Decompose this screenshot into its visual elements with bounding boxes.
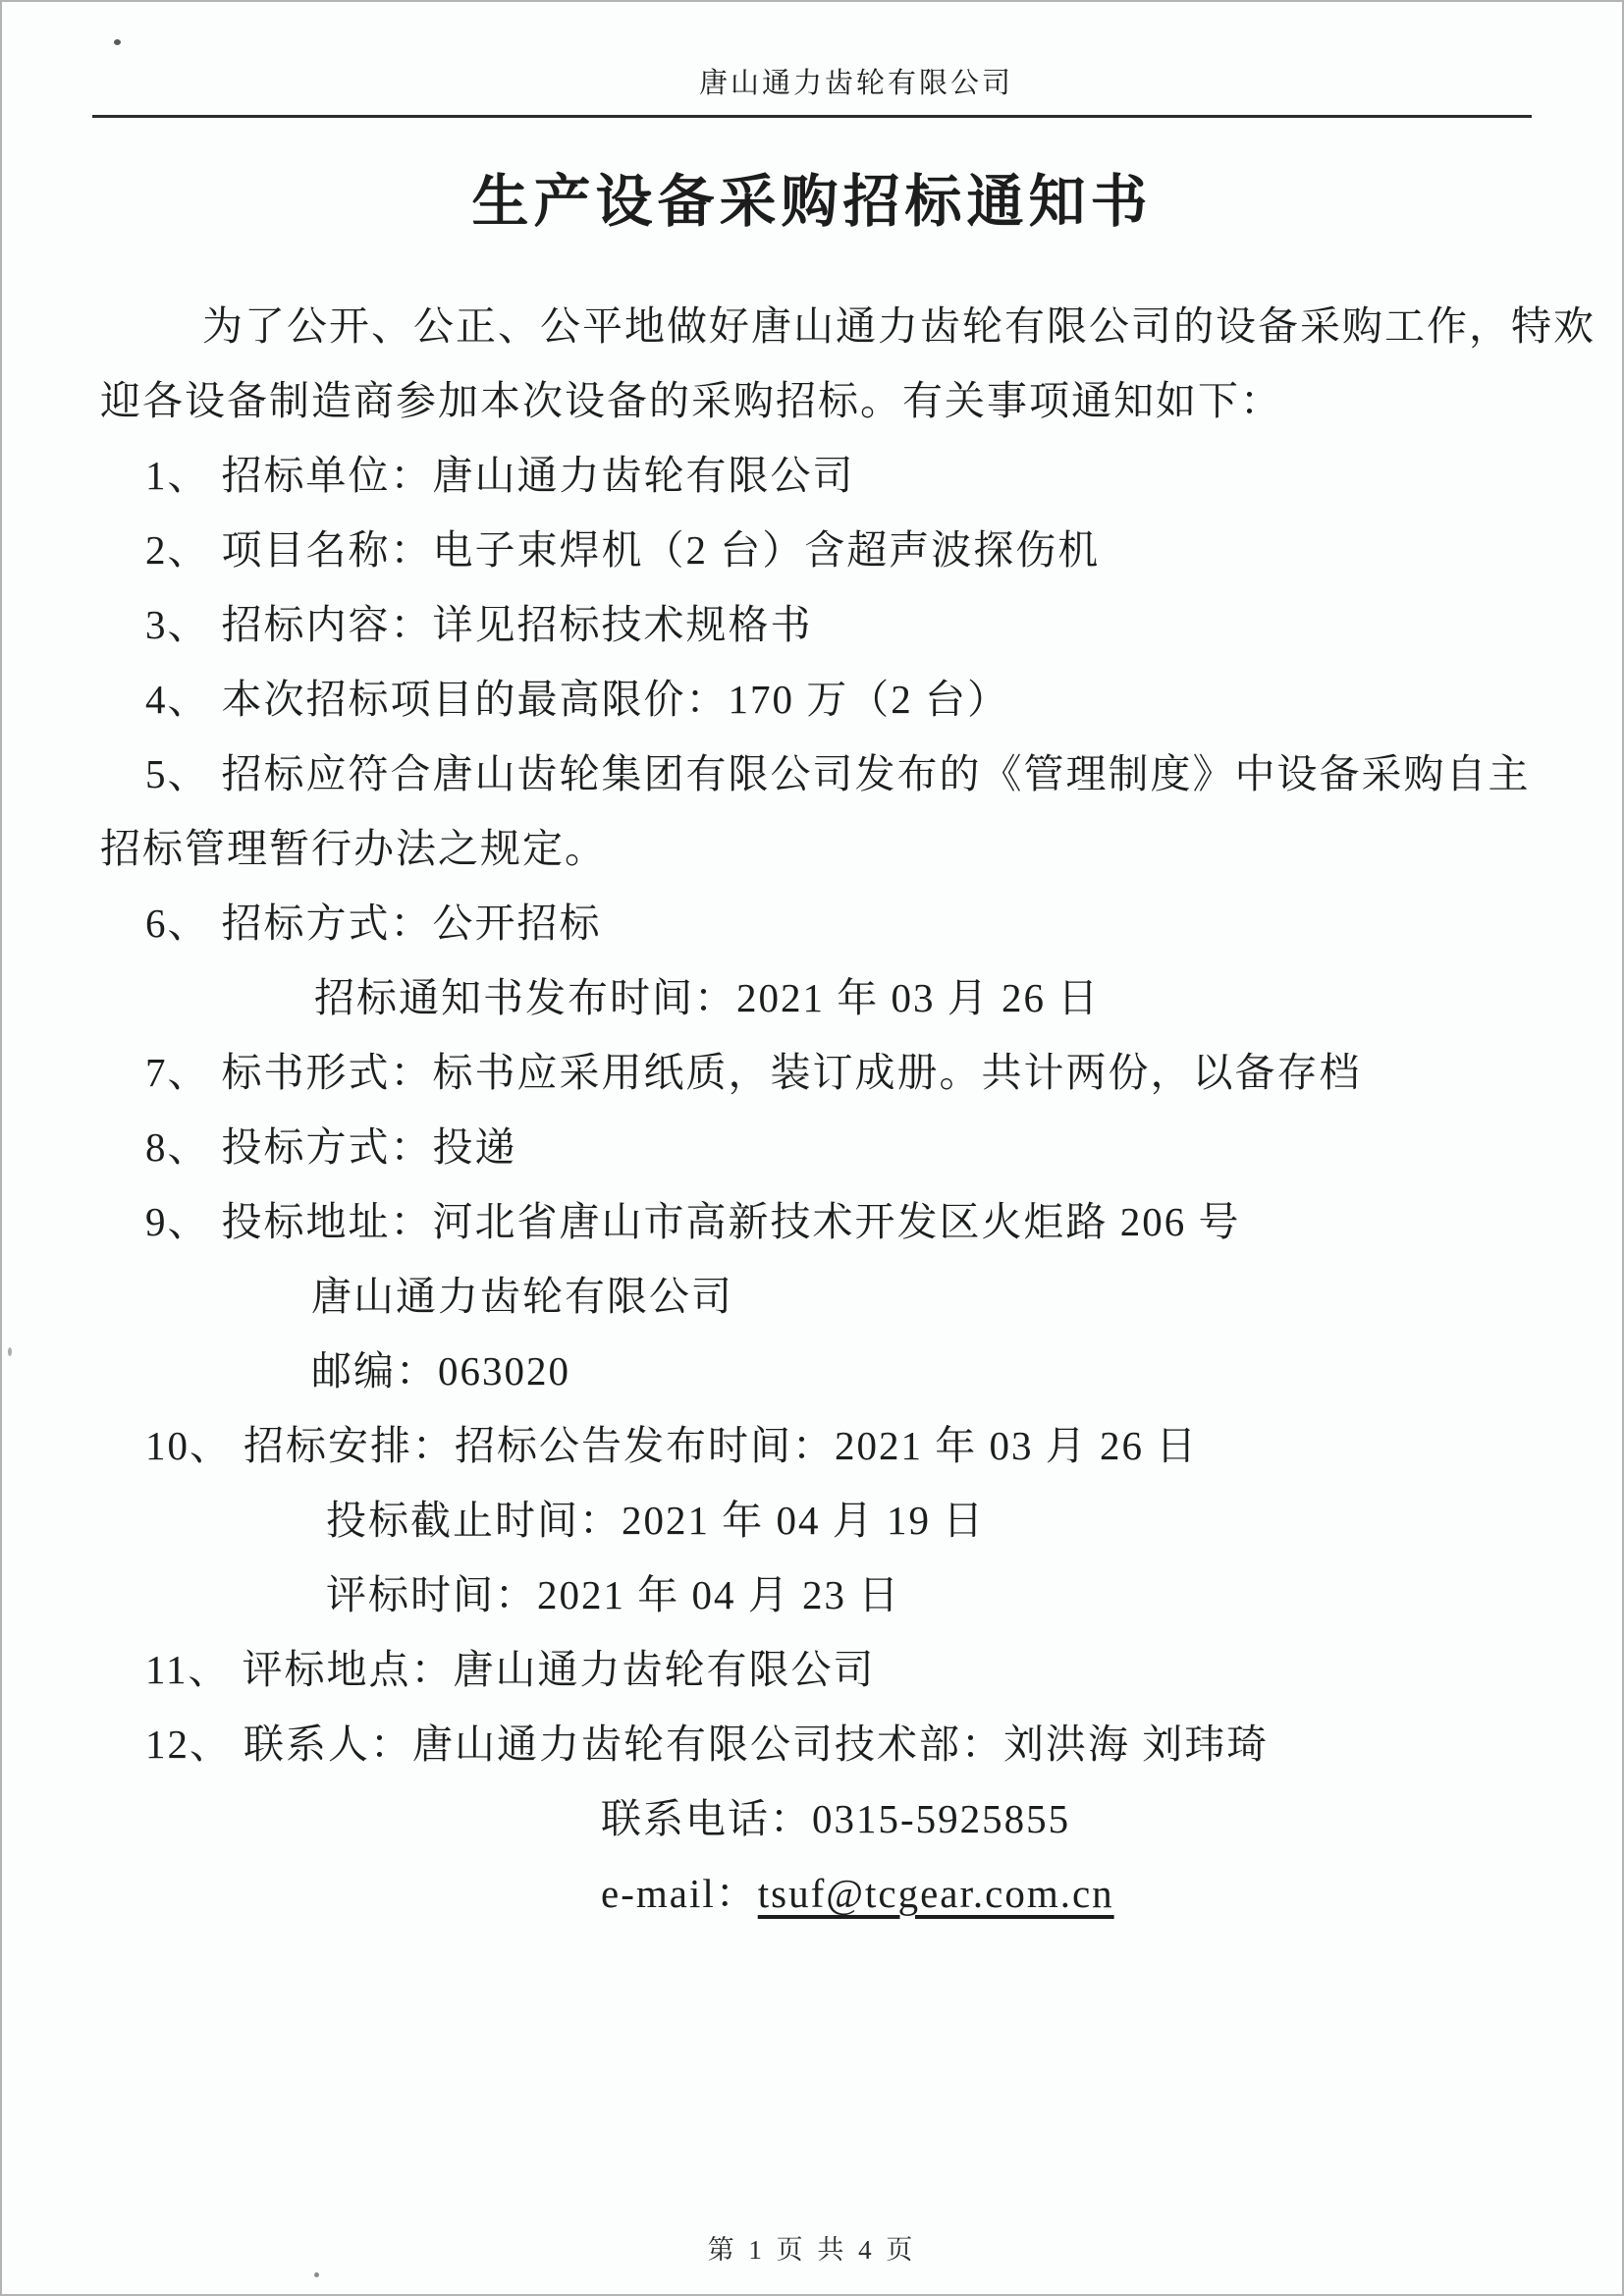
list-item-5: 5、招标应符合唐山齿轮集团有限公司发布的《管理制度》中设备采购自主 bbox=[100, 737, 1524, 811]
scanned-document-page: 唐山通力齿轮有限公司 生产设备采购招标通知书 为了公开、公正、公平地做好唐山通力… bbox=[0, 0, 1624, 2296]
scan-speck bbox=[314, 2272, 319, 2277]
email-label: e-mail： bbox=[601, 1871, 758, 1916]
list-item-9: 9、投标地址：河北省唐山市高新技术开发区火炬路 206 号 bbox=[100, 1184, 1524, 1259]
scan-speck bbox=[114, 39, 121, 45]
item-number: 4、 bbox=[145, 677, 210, 722]
item-number: 8、 bbox=[145, 1124, 210, 1170]
list-item-6: 6、招标方式：公开招标 bbox=[100, 886, 1524, 960]
document-body: 为了公开、公正、公平地做好唐山通力齿轮有限公司的设备采购工作，特欢 迎各设备制造… bbox=[100, 289, 1524, 1931]
item-number: 12、 bbox=[145, 1722, 232, 1767]
contact-email-line: e-mail：tsuf@tcgear.com.cn bbox=[100, 1856, 1524, 1931]
item-text: 招标安排：招标公告发布时间：2021 年 03 月 26 日 bbox=[244, 1423, 1198, 1468]
item-number: 10、 bbox=[145, 1423, 232, 1468]
list-item-3: 3、招标内容：详见招标技术规格书 bbox=[100, 587, 1524, 662]
list-item-4: 4、本次招标项目的最高限价：170 万（2 台） bbox=[100, 662, 1524, 737]
list-item-2: 2、项目名称：电子束焊机（2 台）含超声波探伤机 bbox=[100, 513, 1524, 587]
list-item-6-subline-publish-time: 招标通知书发布时间：2021 年 03 月 26 日 bbox=[100, 960, 1524, 1035]
intro-paragraph-line-1: 为了公开、公正、公平地做好唐山通力齿轮有限公司的设备采购工作，特欢 bbox=[100, 289, 1524, 363]
header-divider-line bbox=[92, 115, 1532, 118]
item-text: 投标方式：投递 bbox=[222, 1124, 517, 1170]
item-number: 7、 bbox=[145, 1050, 210, 1095]
item-number: 1、 bbox=[145, 453, 210, 498]
item-text: 标书形式：标书应采用纸质，装订成册。共计两份，以备存档 bbox=[222, 1050, 1362, 1095]
list-item-9-subline-postcode: 邮编：063020 bbox=[100, 1334, 1524, 1408]
contact-phone: 联系电话：0315-5925855 bbox=[100, 1781, 1524, 1856]
footer-page-number: 第 1 页 共 4 页 bbox=[2, 2228, 1622, 2267]
item-number: 2、 bbox=[145, 527, 210, 573]
list-item-10-subline-deadline: 投标截止时间：2021 年 04 月 19 日 bbox=[100, 1483, 1524, 1558]
list-item-9-subline-company: 唐山通力齿轮有限公司 bbox=[100, 1259, 1524, 1334]
item-number: 9、 bbox=[145, 1199, 210, 1244]
item-text: 本次招标项目的最高限价：170 万（2 台） bbox=[222, 677, 1010, 722]
item-number: 6、 bbox=[145, 901, 210, 946]
item-text: 评标地点：唐山通力齿轮有限公司 bbox=[242, 1647, 875, 1692]
list-item-1: 1、招标单位：唐山通力齿轮有限公司 bbox=[100, 438, 1524, 513]
email-address: tsuf@tcgear.com.cn bbox=[758, 1871, 1114, 1916]
item-text: 招标应符合唐山齿轮集团有限公司发布的《管理制度》中设备采购自主 bbox=[222, 751, 1531, 796]
intro-paragraph-line-2: 迎各设备制造商参加本次设备的采购招标。有关事项通知如下： bbox=[100, 363, 1524, 438]
list-item-5-continuation: 招标管理暂行办法之规定。 bbox=[100, 811, 1524, 886]
scan-speck bbox=[8, 1347, 12, 1356]
item-number: 5、 bbox=[145, 751, 210, 796]
item-text: 招标单位：唐山通力齿轮有限公司 bbox=[222, 453, 855, 498]
item-number: 11、 bbox=[145, 1647, 230, 1692]
list-item-7: 7、标书形式：标书应采用纸质，装订成册。共计两份，以备存档 bbox=[100, 1035, 1524, 1110]
list-item-11: 11、评标地点：唐山通力齿轮有限公司 bbox=[100, 1632, 1524, 1707]
item-text: 联系人：唐山通力齿轮有限公司技术部：刘洪海 刘玮琦 bbox=[244, 1722, 1269, 1767]
item-text: 招标内容：详见招标技术规格书 bbox=[222, 602, 813, 647]
item-text: 投标地址：河北省唐山市高新技术开发区火炬路 206 号 bbox=[222, 1199, 1241, 1244]
list-item-10: 10、招标安排：招标公告发布时间：2021 年 03 月 26 日 bbox=[100, 1408, 1524, 1483]
document-title: 生产设备采购招标通知书 bbox=[2, 155, 1622, 238]
item-number: 3、 bbox=[145, 602, 210, 647]
item-text: 项目名称：电子束焊机（2 台）含超声波探伤机 bbox=[222, 527, 1101, 573]
header-company-name: 唐山通力齿轮有限公司 bbox=[2, 2, 1622, 101]
list-item-8: 8、投标方式：投递 bbox=[100, 1110, 1524, 1184]
item-text: 招标方式：公开招标 bbox=[222, 901, 602, 946]
list-item-10-subline-evaluation-time: 评标时间：2021 年 04 月 23 日 bbox=[100, 1558, 1524, 1632]
list-item-12: 12、联系人：唐山通力齿轮有限公司技术部：刘洪海 刘玮琦 bbox=[100, 1707, 1524, 1781]
